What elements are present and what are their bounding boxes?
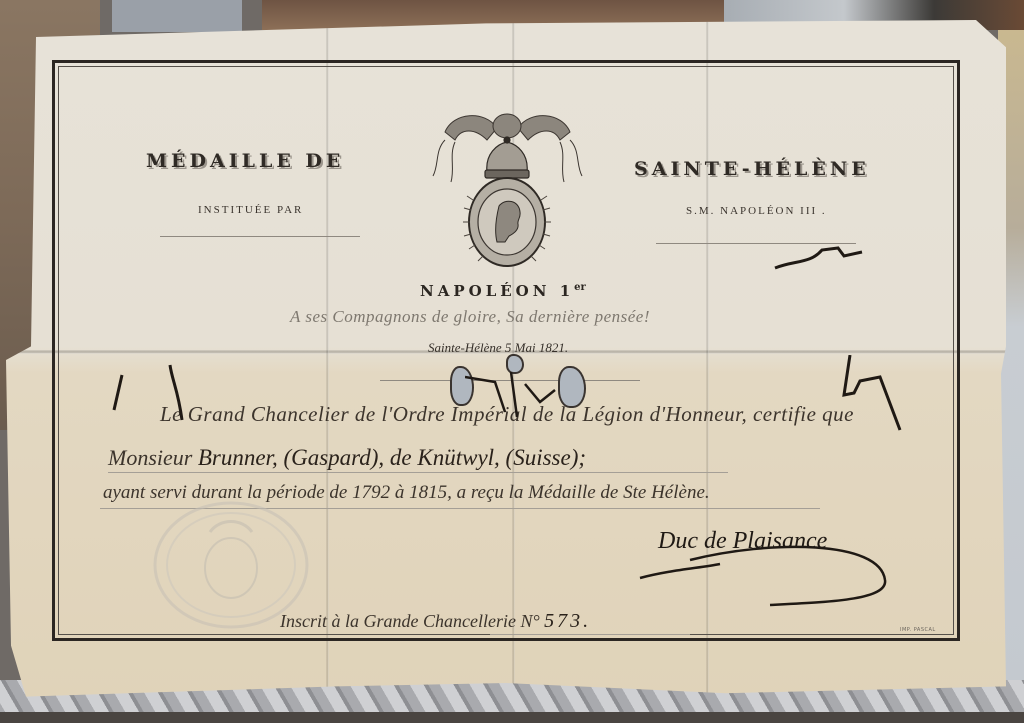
title-left: MÉDAILLE DE	[146, 150, 344, 172]
divider-left	[160, 236, 360, 237]
subtitle-left: INSTITUÉE PAR	[198, 204, 303, 216]
medal-emblem-icon	[425, 110, 590, 275]
registration-number: 573.	[544, 610, 591, 632]
signature-flourish-icon	[630, 520, 900, 620]
recipient-name-handwritten: Brunner, (Gaspard), de Knütwyl, (Suisse)…	[198, 445, 586, 470]
dateline-text: Sainte-Hélène 5 Mai 1821.	[428, 340, 568, 356]
registration-line: Inscrit à la Grande Chancellerie N° 573.	[280, 610, 591, 633]
tear-mark-icon	[830, 355, 910, 435]
ink-stain-icon	[100, 360, 190, 430]
background-floor	[0, 712, 1024, 723]
paper-hole	[508, 356, 522, 372]
printer-credit: IMP. PASCAL	[900, 627, 936, 633]
recipient-line: Monsieur Brunner, (Gaspard), de Knütwyl,…	[108, 445, 586, 471]
embossed-seal-icon	[150, 500, 312, 630]
subtitle-right: S.M. NAPOLÉON III .	[686, 205, 827, 217]
tear-mark-icon	[465, 372, 575, 422]
motto-text: A ses Compagnons de gloire, Sa dernière …	[290, 307, 730, 327]
title-right: SAINTE-HÉLÈNE	[634, 158, 870, 180]
background-stone	[112, 0, 242, 32]
recipient-underline	[108, 472, 728, 473]
recipient-prefix: Monsieur	[108, 445, 192, 470]
registration-underline	[490, 634, 690, 635]
tear-mark-icon	[770, 230, 870, 280]
napoleon-heading: NAPOLÉON 1er	[420, 282, 586, 300]
registration-prefix: Inscrit à la Grande Chancellerie N°	[280, 611, 540, 631]
